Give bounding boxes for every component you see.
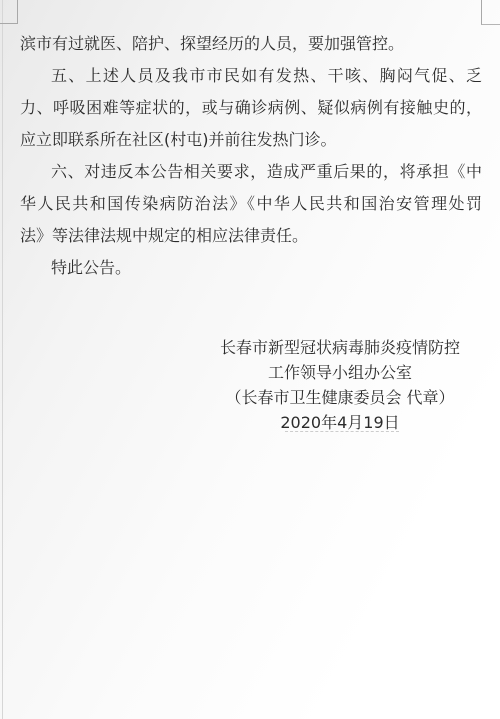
signature-org-line-2: 工作领导小组办公室 (180, 360, 500, 385)
body-line-2: 五、上述人员及我市市民如有发热、干咳、胸闷气促、乏 (20, 60, 482, 92)
date-dashed-underline-artifact (285, 431, 399, 432)
body-line-5: 六、对违反本公告相关要求，造成严重后果的，将承担《中 (20, 156, 482, 188)
text-boundary-mark-top-left (0, 0, 18, 24)
signature-org-line-3: （长春市卫生健康委员会 代章） (180, 385, 500, 410)
body-line-1: 滨市有过就医、陪护、探望经历的人员，要加强管控。 (20, 28, 482, 60)
signature-org-line-1: 长春市新型冠状病毒肺炎疫情防控 (180, 335, 500, 360)
body-line-7: 法》等法律法规中规定的相应法律责任。 (20, 220, 482, 252)
body-line-8: 特此公告。 (20, 252, 482, 284)
document-page: 滨市有过就医、陪护、探望经历的人员，要加强管控。 五、上述人员及我市市民如有发热… (0, 0, 500, 719)
signature-block: 长春市新型冠状病毒肺炎疫情防控 工作领导小组办公室 （长春市卫生健康委员会 代章… (180, 335, 500, 435)
page-edge-line (2, 0, 3, 719)
notice-body: 滨市有过就医、陪护、探望经历的人员，要加强管控。 五、上述人员及我市市民如有发热… (20, 28, 482, 284)
body-line-3: 力、呼吸困难等症状的，或与确诊病例、疑似病例有接触史的， (20, 92, 482, 124)
text-boundary-mark-top-right (481, 0, 500, 25)
body-line-4: 应立即联系所在社区(村屯)并前往发热门诊。 (20, 124, 482, 156)
body-line-6: 华人民共和国传染病防治法》《中华人民共和国治安管理处罚 (20, 188, 482, 220)
